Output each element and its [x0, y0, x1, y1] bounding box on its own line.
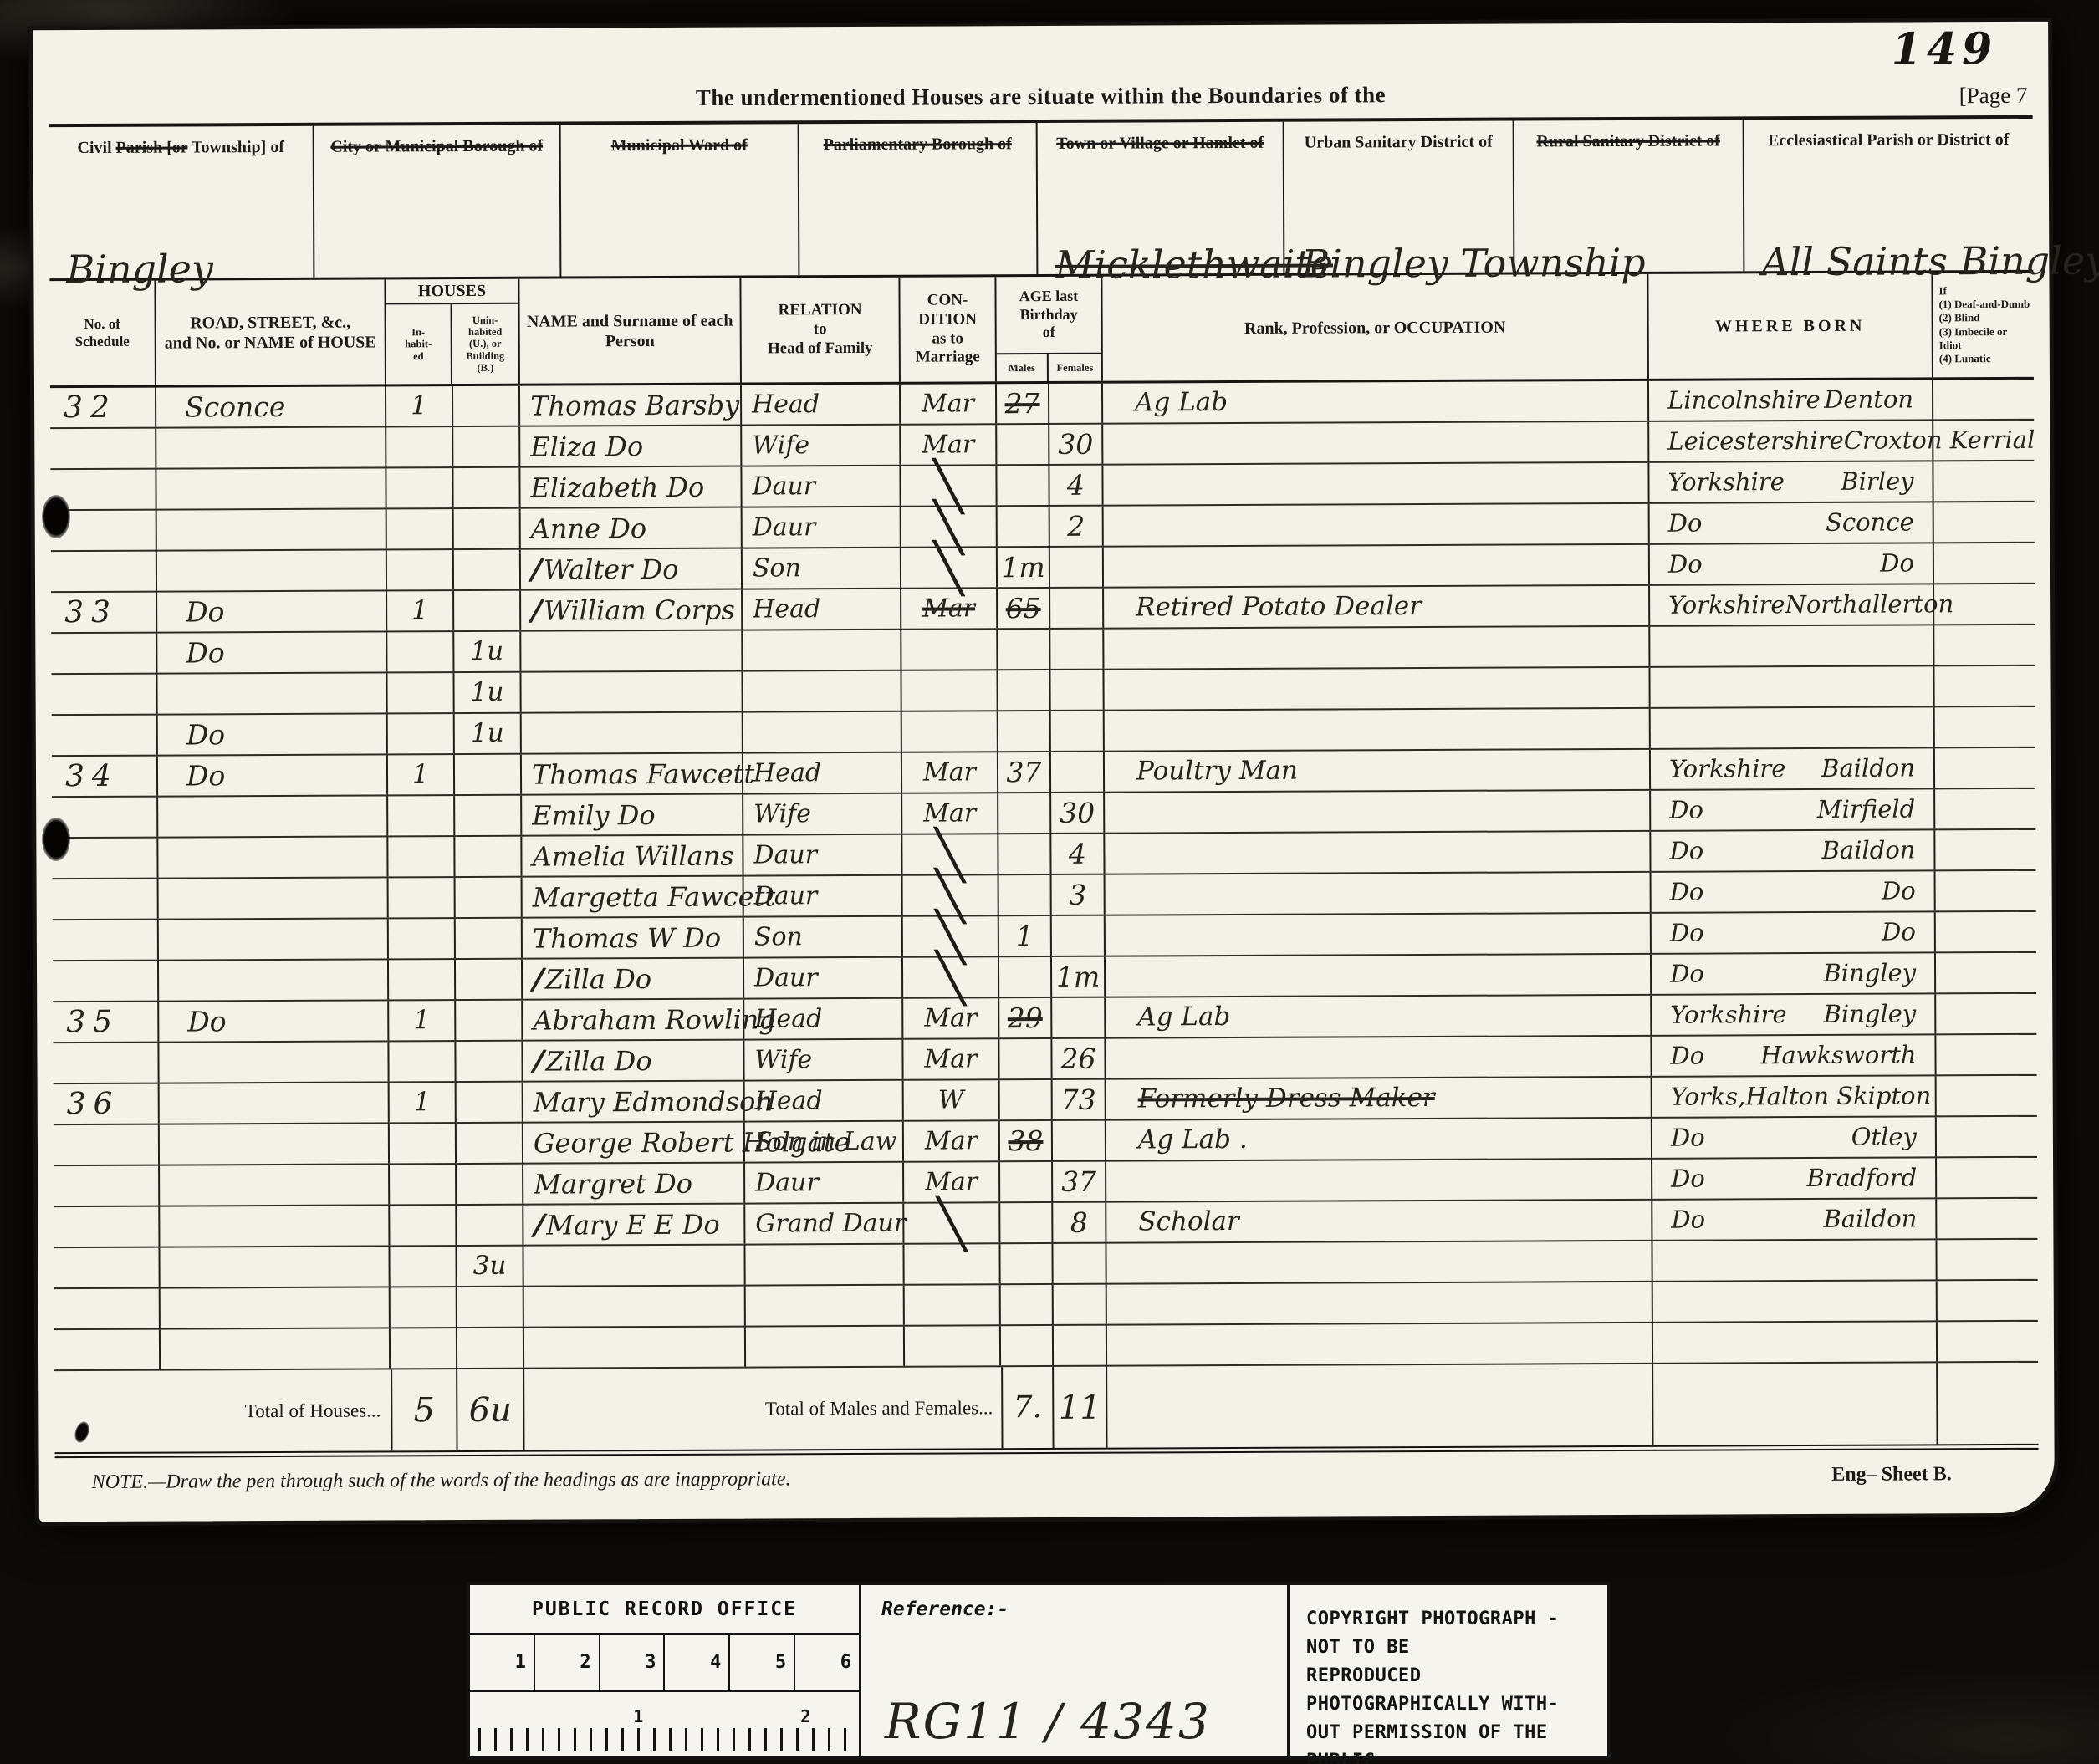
cell-uninhabited	[456, 1001, 523, 1040]
cell-infirmity	[1933, 421, 2034, 461]
district-label-part: Parliamentary Borough of	[824, 135, 1012, 154]
district-label-part: Rural Sanitary District of	[1536, 131, 1720, 150]
cell-occupation	[1103, 422, 1649, 464]
cell-age-female	[1052, 916, 1106, 956]
cell-where-born: DoHawksworth	[1652, 1035, 1936, 1075]
born-county: Lincolnshire	[1667, 388, 1821, 413]
cell-age-male	[998, 630, 1050, 669]
cell-uninhabited	[457, 1083, 523, 1122]
cell-inhabited	[386, 427, 453, 466]
cell-where-born: DoMirfield	[1651, 789, 1935, 829]
cell-occupation: Formerly Dress Maker	[1106, 1078, 1652, 1119]
total-houses-label: Total of Houses...	[54, 1369, 391, 1452]
cell-uninhabited	[456, 919, 523, 958]
cell-road: Do	[157, 591, 387, 631]
cell-condition: Mar	[901, 384, 997, 424]
cell-inhabited	[387, 550, 454, 589]
cell-schedule	[54, 1125, 160, 1165]
cell-inhabited	[387, 673, 454, 712]
cell-name: Thomas Barsby	[520, 385, 742, 426]
district-label: Ecclesiastical Parish or District of	[1744, 129, 2033, 152]
header-relation: RELATION to Head of Family	[741, 278, 901, 383]
person-name: Thomas W Do	[533, 924, 721, 951]
born-place: Halton Skipton	[1745, 1083, 1931, 1109]
cell-condition: Mar	[903, 1039, 999, 1079]
ruler-mark: 2	[800, 1706, 810, 1726]
cell-uninhabited	[456, 878, 523, 917]
cell-occupation	[1104, 668, 1650, 710]
cell-inhabited	[390, 1206, 457, 1245]
reference-value: RG11 / 4343	[885, 1693, 1211, 1750]
born-county: Do	[1670, 880, 1704, 905]
cell-occupation	[1107, 1323, 1653, 1365]
cell-uninhabited	[457, 1328, 524, 1368]
cell-where-born: YorkshireBirley	[1649, 461, 1933, 502]
cell-age-male	[999, 1039, 1052, 1078]
cell-name: George Robert Holgate	[523, 1123, 745, 1163]
cell-where-born: DoDo	[1652, 871, 1936, 911]
stamp-copyright-text: COPYRIGHT PHOTOGRAPH - NOT TO BE REPRODU…	[1290, 1585, 1607, 1756]
cell-age-male: 1m	[998, 548, 1050, 587]
stamp-scale-cell: 2	[535, 1635, 600, 1690]
cell-condition	[902, 711, 998, 752]
person-name: Zilla Do	[545, 1048, 651, 1075]
cell-inhabited	[389, 1042, 456, 1081]
cell-where-born	[1653, 1281, 1938, 1321]
cell-where-born: LeicestershireCroxton Kerrial	[1649, 421, 1933, 461]
cell-name: Thomas W Do	[523, 918, 744, 958]
cell-relation: Son	[743, 548, 901, 589]
header-schedule: No. of Schedule	[49, 281, 156, 386]
cell-occupation	[1106, 914, 1652, 956]
cell-inhabited	[389, 960, 456, 999]
district-label: Rural Sanitary District of	[1514, 130, 1743, 152]
person-name: Anne Do	[531, 515, 646, 543]
cell-inhabited: 1	[389, 1001, 456, 1040]
cell-age-male: 38	[1000, 1121, 1053, 1160]
cell-condition: Mar	[901, 589, 998, 629]
district-label: Civil Parish [or Township] of	[49, 136, 313, 159]
cell-age-male	[1001, 1326, 1054, 1365]
cell-uninhabited	[453, 386, 520, 426]
cell-uninhabited	[454, 591, 521, 630]
district-value: All Saints Bingley	[1761, 237, 2099, 284]
cell-condition	[905, 1326, 1001, 1366]
cell-infirmity	[1937, 1076, 2037, 1116]
cell-infirmity	[1935, 789, 2035, 829]
cell-road	[160, 1083, 390, 1123]
stamp-scale-cell: 5	[730, 1635, 795, 1690]
cell-occupation	[1103, 463, 1649, 505]
stamp-scale-cell: 1	[470, 1635, 535, 1690]
person-name: Elizabeth Do	[530, 473, 704, 501]
cell-name: Amelia Willans	[522, 836, 743, 876]
cell-name	[521, 672, 743, 712]
cell-name: Eliza Do	[520, 426, 742, 466]
footer-note: NOTE.—Draw the pen through such of the w…	[92, 1468, 791, 1494]
cell-inhabited	[389, 919, 456, 958]
cell-road	[160, 1247, 390, 1287]
cell-age-male	[1000, 1244, 1053, 1283]
cell-relation	[746, 1286, 905, 1326]
cell-infirmity	[1936, 1035, 2036, 1075]
cell-where-born: DoBaildon	[1651, 830, 1935, 870]
reference-label: Reference:-	[881, 1598, 1267, 1620]
born-county: Do	[1668, 512, 1703, 536]
district-label-part: Parish [or	[116, 138, 188, 156]
person-name: Thomas Barsby	[530, 391, 739, 419]
born-place: Bradford	[1806, 1165, 1917, 1190]
cell-uninhabited: 3u	[457, 1247, 523, 1286]
district-label-part: Town or Village or Hamlet of	[1056, 134, 1264, 153]
total-inhabited: 5	[391, 1369, 457, 1450]
cell-uninhabited	[454, 550, 521, 589]
person-name: William Corps	[544, 596, 735, 624]
person-name: Abraham Rowling	[533, 1006, 776, 1033]
cell-inhabited: 1	[386, 386, 453, 426]
sheet-type-label: Eng– Sheet B.	[1831, 1463, 1951, 1486]
cell-infirmity	[1938, 1322, 2038, 1362]
cell-name: Abraham Rowling	[523, 1000, 744, 1040]
person-name: Margetta Fawcett	[533, 883, 776, 910]
cell-occupation	[1106, 1241, 1652, 1283]
header-occupation: Rank, Profession, or OCCUPATION	[1102, 274, 1649, 381]
cell-road	[161, 1287, 391, 1328]
cell-age-male	[998, 711, 1051, 751]
header-infirmity: If (1) Deaf-and-Dumb (2) Blind (3) Imbec…	[1933, 273, 2034, 378]
cell-inhabited	[388, 796, 455, 835]
cell-road	[159, 878, 389, 918]
cell-condition: Mar	[903, 998, 999, 1038]
born-county: Do	[1669, 798, 1703, 823]
cell-occupation: Retired Potato Dealer	[1104, 586, 1650, 628]
cell-relation: Wife	[743, 794, 902, 834]
born-county: Do	[1670, 921, 1704, 946]
cell-age-male	[999, 957, 1052, 997]
cell-uninhabited	[457, 1287, 524, 1327]
totals-infirmity-blank	[1938, 1363, 2038, 1445]
cell-where-born: Yorks,Halton Skipton	[1652, 1076, 1937, 1116]
header-name: NAME and Surname of each Person	[519, 278, 742, 384]
cell-where-born: YorkshireBaildon	[1651, 748, 1935, 788]
stamp-scale-panel: PUBLIC RECORD OFFICE 123456 1 2	[470, 1585, 861, 1756]
cell-infirmity	[1937, 1240, 2037, 1280]
cell-condition	[901, 630, 998, 670]
cell-schedule	[54, 1248, 160, 1288]
cell-infirmity	[1933, 461, 2034, 502]
born-place: Baildon	[1821, 838, 1915, 862]
header-road: ROAD, STREET, &c., and No. or NAME of HO…	[156, 279, 386, 385]
born-place: Bingley	[1824, 1002, 1917, 1026]
cell-schedule	[53, 961, 159, 1002]
cell-age-male	[998, 507, 1050, 546]
cell-occupation: Ag Lab	[1106, 996, 1652, 1037]
cell-uninhabited	[457, 1124, 523, 1163]
born-place: Mirfield	[1817, 797, 1915, 822]
cell-inhabited	[390, 1165, 457, 1204]
cell-infirmity	[1936, 994, 2036, 1034]
header-houses: HOUSES	[386, 279, 518, 305]
born-county: Yorkshire	[1670, 1002, 1787, 1027]
cell-relation: Head	[743, 753, 902, 793]
cell-schedule	[54, 1166, 160, 1206]
cell-infirmity	[1936, 871, 2036, 911]
district-label-part: Urban Sanitary District of	[1305, 133, 1493, 152]
cell-age-female: 37	[1053, 1162, 1106, 1201]
cell-occupation: Ag Lab .	[1106, 1119, 1652, 1160]
cell-road	[157, 509, 387, 549]
cell-inhabited	[386, 468, 453, 507]
cell-age-male	[997, 425, 1049, 464]
cell-uninhabited	[455, 755, 522, 794]
born-county: Yorkshire	[1669, 757, 1786, 782]
cell-where-born	[1652, 1240, 1937, 1280]
cell-age-female: 8	[1053, 1203, 1106, 1242]
header-uninhabited: Unin- habited (U.), or Building (B.)	[452, 304, 518, 384]
cell-inhabited: 1	[388, 755, 455, 794]
born-county: Yorks,	[1671, 1084, 1746, 1109]
cell-age-male: 1	[999, 916, 1052, 956]
born-place: Denton	[1824, 387, 1913, 411]
district-value: Micklethwaite	[1055, 241, 1333, 287]
person-name: Amelia Willans	[532, 842, 733, 869]
census-sheet: 149 The undermentioned Houses are situat…	[28, 18, 2059, 1527]
district-cell: Parliamentary Borough of	[799, 123, 1039, 275]
cell-occupation	[1106, 955, 1652, 997]
district-value: Bingley Township	[1301, 240, 1646, 287]
cell-where-born: DoDo	[1652, 912, 1936, 952]
cell-inhabited	[387, 509, 454, 548]
cell-age-female: 30	[1051, 793, 1105, 833]
born-county: Do	[1671, 1126, 1705, 1150]
cell-uninhabited: 1u	[454, 673, 521, 712]
cell-uninhabited	[454, 509, 521, 548]
born-place: Baildon	[1823, 1206, 1917, 1231]
stamp-scale-cells: 123456	[470, 1635, 859, 1692]
cell-inhabited: 1	[387, 591, 454, 630]
cell-name: ∕∕Walter Do	[521, 549, 743, 589]
cell-where-born: DoBaildon	[1652, 1199, 1937, 1239]
cell-infirmity	[1934, 543, 2035, 584]
cell-relation: Son	[744, 917, 903, 957]
cell-age-male	[1000, 1080, 1053, 1119]
cell-road	[157, 673, 387, 713]
born-county: Yorkshire	[1668, 593, 1785, 618]
cell-relation: Grand Daur	[745, 1204, 904, 1244]
cell-name	[523, 1246, 745, 1286]
born-county: Do	[1670, 962, 1704, 987]
cell-name: Anne Do	[521, 508, 743, 548]
cell-schedule	[53, 1043, 159, 1083]
cell-age-female	[1051, 711, 1105, 751]
enumerator-tick-mark: ∕∕	[528, 596, 537, 625]
cell-age-male	[997, 466, 1049, 505]
person-name: Eliza Do	[530, 433, 643, 461]
district-label-part: Civil	[77, 139, 115, 157]
cell-occupation: Ag Lab	[1103, 381, 1649, 423]
cell-age-female	[1051, 752, 1105, 792]
cell-age-male: 27	[997, 384, 1049, 423]
cell-age-male: 37	[998, 752, 1051, 792]
cell-name: Thomas Fawcett	[522, 754, 743, 794]
born-county: Leicestershire	[1667, 429, 1844, 454]
folio-number: 149	[1892, 23, 1998, 75]
cell-road	[158, 837, 388, 877]
total-males: 7.	[1001, 1367, 1054, 1448]
cell-road: Sconce	[156, 386, 386, 426]
cell-inhabited	[390, 1247, 457, 1286]
district-header: Civil Parish [or Township] ofBingleyCity…	[49, 115, 2034, 281]
cell-uninhabited	[456, 1042, 523, 1081]
total-uninhabited: 6u	[457, 1369, 524, 1450]
cell-relation: Wife	[742, 426, 901, 466]
enumerator-tick-mark: ∕∕	[529, 965, 539, 993]
cell-age-female: 4	[1051, 834, 1105, 874]
district-label: Parliamentary Borough of	[799, 133, 1036, 155]
stamp-scale-cell: 3	[600, 1635, 666, 1690]
cell-schedule	[54, 1330, 161, 1370]
header-females: Females	[1049, 354, 1101, 381]
born-county: Do	[1670, 1044, 1704, 1068]
district-label: Town or Village or Hamlet of	[1038, 132, 1283, 155]
person-name: Mary Edmondson	[534, 1088, 773, 1115]
sheet-titlebar: 149 The undermentioned Houses are situat…	[49, 22, 2032, 124]
cell-uninhabited	[453, 427, 520, 466]
born-place: Hawksworth	[1760, 1043, 1916, 1068]
cell-name: Emily Do	[522, 795, 743, 835]
cell-relation: Daur	[745, 1163, 904, 1203]
cell-road: Do	[158, 755, 388, 795]
cell-road	[160, 1206, 390, 1246]
cell-occupation	[1104, 504, 1650, 546]
cell-relation	[743, 630, 901, 670]
cell-road	[158, 796, 388, 836]
cell-condition: ╲	[904, 1203, 1000, 1243]
cell-road	[156, 468, 386, 508]
cell-inhabited	[387, 632, 454, 671]
enumerator-tick-mark: ∕∕	[529, 1047, 539, 1075]
cell-relation	[743, 671, 901, 711]
cell-name	[522, 713, 743, 753]
cell-condition	[901, 670, 998, 711]
born-place: Do	[1880, 551, 1914, 575]
cell-age-male	[998, 834, 1051, 874]
cell-condition: Mar	[904, 1121, 1000, 1161]
cell-relation: Head	[744, 999, 903, 1039]
header-where-born: WHERE BORN	[1648, 273, 1933, 378]
cell-inhabited	[389, 878, 456, 917]
cell-road	[160, 1165, 390, 1205]
cell-age-female: 1m	[1052, 957, 1106, 997]
cell-condition: Mar	[902, 752, 998, 793]
cell-occupation	[1106, 1037, 1652, 1078]
cell-schedule: 34	[52, 757, 158, 797]
cell-where-born	[1653, 1322, 1938, 1362]
stamp-ruler: 1 2	[470, 1692, 859, 1756]
cell-road	[156, 427, 386, 467]
cell-age-female	[1054, 1285, 1107, 1324]
cell-age-female	[1050, 670, 1104, 710]
enumerator-tick-mark: ∕∕	[530, 1211, 539, 1239]
cell-name: ∕∕William Corps	[521, 590, 743, 630]
cell-condition: ╲	[903, 957, 999, 997]
header-inhabited: In- habit- ed	[386, 304, 452, 384]
cell-infirmity	[1934, 625, 2035, 665]
district-label: Municipal Ward of	[561, 134, 798, 156]
cell-age-female	[1050, 589, 1104, 628]
cell-uninhabited	[457, 1206, 523, 1245]
ruler-ticks	[478, 1728, 849, 1751]
cell-name: Margetta Fawcett	[523, 877, 744, 917]
totals-born-blank	[1653, 1363, 1938, 1445]
cell-uninhabited	[453, 468, 520, 507]
cell-infirmity	[1934, 666, 2035, 706]
cell-where-born: DoSconce	[1650, 502, 1934, 543]
cell-occupation	[1105, 791, 1651, 833]
total-females: 11	[1054, 1367, 1107, 1448]
cell-where-born: DoOtley	[1652, 1117, 1937, 1157]
cell-infirmity	[1935, 707, 2035, 747]
page-number-label: [Page 7	[1959, 83, 2028, 109]
cell-name: ∕∕Zilla Do	[523, 1041, 744, 1081]
district-cell: Civil Parish [or Township] ofBingley	[49, 126, 315, 278]
cell-road	[159, 1042, 389, 1082]
born-place: Do	[1882, 879, 1916, 903]
cell-where-born	[1651, 707, 1935, 747]
cell-inhabited	[391, 1287, 457, 1327]
cell-road	[161, 1328, 391, 1369]
cell-occupation	[1106, 1160, 1652, 1201]
cell-schedule	[51, 634, 157, 674]
header-houses-group: HOUSES In- habit- ed Unin- habited (U.),…	[386, 279, 520, 385]
cell-occupation	[1104, 627, 1650, 669]
person-name: Thomas Fawcett	[532, 760, 754, 788]
cell-schedule	[51, 552, 157, 592]
cell-age-female	[1049, 384, 1103, 423]
cell-age-female: 3	[1052, 875, 1106, 915]
person-name: Walter Do	[544, 555, 679, 583]
cell-where-born: DoBingley	[1652, 953, 1936, 993]
cell-inhabited	[388, 714, 455, 753]
cell-schedule	[53, 920, 159, 961]
district-label-part: City or Municipal Borough of	[330, 137, 543, 156]
born-place: Sconce	[1826, 510, 1914, 534]
stamp-title: PUBLIC RECORD OFFICE	[470, 1585, 859, 1635]
cell-occupation	[1105, 709, 1651, 751]
cell-road	[157, 550, 387, 590]
cell-uninhabited	[455, 796, 522, 835]
cell-schedule: 33	[51, 593, 157, 633]
cell-relation: Daur	[744, 876, 903, 916]
cell-condition	[904, 1244, 1000, 1284]
cell-inhabited: 1	[390, 1083, 457, 1122]
cell-age-male: 29	[999, 998, 1052, 1037]
cell-where-born	[1650, 625, 1934, 665]
district-label-part: Municipal Ward of	[611, 136, 748, 155]
cell-road	[159, 919, 389, 959]
cell-uninhabited	[455, 837, 522, 876]
cell-where-born: YorkshireNorthallerton	[1650, 584, 1934, 625]
cell-relation: Head	[743, 589, 901, 630]
cell-age-male	[999, 875, 1052, 915]
stamp-scale-cell: 4	[665, 1635, 730, 1690]
cell-age-female: 4	[1049, 466, 1103, 505]
cell-relation: Son in Law	[745, 1122, 904, 1162]
cell-uninhabited: 1u	[454, 632, 521, 671]
district-label: Urban Sanitary District of	[1284, 131, 1513, 154]
born-place: Birley	[1841, 469, 1913, 493]
scanned-census-page: { "colors":{"paper":"#f4f1e8","ink":"#1c…	[0, 0, 2099, 1764]
